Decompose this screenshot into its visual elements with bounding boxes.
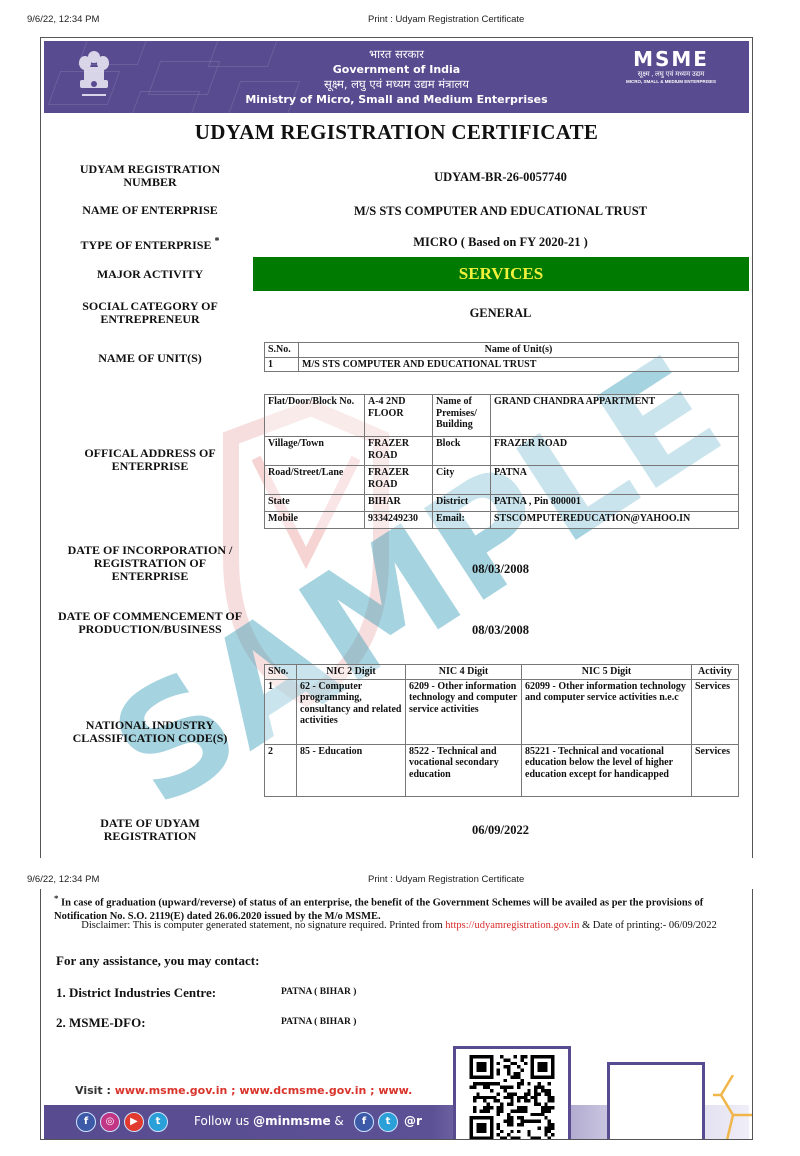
follow-handle[interactable]: @minmsme (253, 1114, 330, 1128)
contact-label-msme-dfo: 2. MSME-DFO: (56, 1015, 146, 1031)
table-row: 1 62 - Computer programming, consultancy… (265, 679, 739, 744)
print-header-page-2: 9/6/22, 12:34 PM Print : Udyam Registrat… (0, 874, 800, 890)
label-address: OFFICAL ADDRESS OF ENTERPRISE (55, 447, 245, 473)
msme-logo-hindi: सूक्ष्म , लघु एवं मध्यम उद्यम (615, 69, 727, 79)
qr-code-icon (464, 1055, 560, 1140)
visit-prefix: Visit : (75, 1084, 115, 1097)
msme-logo-english: MICRO, SMALL & MEDIUM ENTERPRISES (615, 79, 727, 85)
table-row: Road/Street/Lane FRAZER ROAD City PATNA (265, 466, 739, 495)
nic-cell: 6209 - Other information technology and … (406, 679, 522, 744)
label-registration-number: UDYAM REGISTRATION NUMBER (55, 163, 245, 189)
udyam-registration-link[interactable]: https://udyamregistration.gov.in (445, 920, 579, 931)
address-value: STSCOMPUTEREDUCATION@YAHOO.IN (491, 512, 739, 529)
address-value: FRAZER ROAD (365, 437, 433, 466)
msme-logo-word: MSME (615, 49, 727, 69)
follow-handle-2: @r (404, 1114, 422, 1128)
follow-prefix: Follow us (194, 1114, 253, 1128)
hexagon-decoration-icon (713, 1075, 753, 1140)
table-row: State BIHAR District PATNA , Pin 800001 (265, 495, 739, 512)
youtube-icon[interactable]: ▶ (124, 1112, 144, 1132)
nic-cell: 1 (265, 679, 297, 744)
value-incorporation-date: 08/03/2008 (253, 562, 748, 577)
nic-cell: 85221 - Technical and vocational educati… (522, 744, 692, 796)
value-registration-number: UDYAM-BR-26-0057740 (253, 170, 748, 185)
print-datetime: 9/6/22, 12:34 PM (27, 874, 99, 885)
address-value: PATNA , Pin 800001 (491, 495, 739, 512)
qr-code-frame (453, 1046, 571, 1140)
table-row: 1 M/S STS COMPUTER AND EDUCATIONAL TRUST (265, 357, 739, 372)
units-cell: M/S STS COMPUTER AND EDUCATIONAL TRUST (299, 357, 739, 372)
address-value: FRAZER ROAD (365, 466, 433, 495)
nic-cell: 8522 - Technical and vocational secondar… (406, 744, 522, 796)
value-social-category: GENERAL (253, 306, 748, 321)
print-title: Print : Udyam Registration Certificate (368, 14, 524, 25)
label-units: NAME OF UNIT(S) (55, 352, 245, 365)
units-table: S.No. Name of Unit(s) 1 M/S STS COMPUTER… (264, 342, 739, 372)
table-row: 2 85 - Education 8522 - Technical and vo… (265, 744, 739, 796)
address-key: Flat/Door/Block No. (265, 395, 365, 437)
nic-cell: 85 - Education (297, 744, 406, 796)
footnote-text: In case of graduation (upward/reverse) o… (54, 898, 703, 922)
visit-sites[interactable]: www.msme.gov.in ; www.dcmsme.gov.in ; ww… (115, 1084, 413, 1097)
address-key: Road/Street/Lane (265, 466, 365, 495)
nic-cell: Services (692, 744, 739, 796)
address-value: 9334249230 (365, 512, 433, 529)
ministry-banner: भारत सरकार Government of India सूक्ष्म, … (44, 41, 749, 113)
units-header-name: Name of Unit(s) (299, 343, 739, 358)
nic-header: Activity (692, 665, 739, 680)
twitter-icon[interactable]: t (148, 1112, 168, 1132)
footnote: * In case of graduation (upward/reverse)… (54, 892, 744, 923)
address-key: District (433, 495, 491, 512)
label-major-activity: MAJOR ACTIVITY (55, 268, 245, 281)
units-cell: 1 (265, 357, 299, 372)
certificate-title: UDYAM REGISTRATION CERTIFICATE (41, 120, 752, 145)
value-commencement-date: 08/03/2008 (253, 623, 748, 638)
nic-header: SNo. (265, 665, 297, 680)
label-udyam-registration-date: DATE OF UDYAM REGISTRATION (55, 817, 245, 843)
nic-codes-table: SNo. NIC 2 Digit NIC 4 Digit NIC 5 Digit… (264, 664, 739, 797)
banner-ministry: Ministry of Micro, Small and Medium Ente… (44, 92, 749, 107)
nic-cell: 62 - Computer programming, consultancy a… (297, 679, 406, 744)
facebook-icon[interactable]: f (354, 1112, 374, 1132)
value-enterprise-name: M/S STS COMPUTER AND EDUCATIONAL TRUST (253, 204, 748, 219)
address-value: A-4 2ND FLOOR (365, 395, 433, 437)
address-key: Mobile (265, 512, 365, 529)
certificate-page-2: * In case of graduation (upward/reverse)… (40, 889, 753, 1140)
units-header-sno: S.No. (265, 343, 299, 358)
table-row: Flat/Door/Block No. A-4 2ND FLOOR Name o… (265, 395, 739, 437)
address-key: State (265, 495, 365, 512)
asterisk-mark: * (214, 236, 219, 247)
print-title: Print : Udyam Registration Certificate (368, 874, 524, 885)
address-key: Name of Premises/ Building (433, 395, 491, 437)
label-enterprise-name: NAME OF ENTERPRISE (55, 204, 245, 217)
label-social-category: SOCIAL CATEGORY OF ENTREPRENEUR (55, 300, 245, 326)
address-key: Email: (433, 512, 491, 529)
nic-cell: Services (692, 679, 739, 744)
address-key: Block (433, 437, 491, 466)
major-activity-badge: SERVICES (253, 257, 749, 291)
label-incorporation-date: DATE OF INCORPORATION / REGISTRATION OF … (55, 544, 245, 583)
nic-header: NIC 4 Digit (406, 665, 522, 680)
follow-amp: & (331, 1114, 344, 1128)
facebook-icon[interactable]: f (76, 1112, 96, 1132)
address-key: Village/Town (265, 437, 365, 466)
footnote-mark: * (54, 893, 58, 903)
address-value: FRAZER ROAD (491, 437, 739, 466)
address-value: GRAND CHANDRA APPARTMENT (491, 395, 739, 437)
address-value: PATNA (491, 466, 739, 495)
assistance-heading: For any assistance, you may contact: (56, 953, 259, 969)
nic-cell: 2 (265, 744, 297, 796)
twitter-icon[interactable]: t (378, 1112, 398, 1132)
disclaimer: Disclaimer: This is computer generated s… (54, 919, 744, 932)
msme-logo: MSME सूक्ष्म , लघु एवं मध्यम उद्यम MICRO… (615, 49, 727, 85)
value-enterprise-type: MICRO ( Based on FY 2020-21 ) (253, 235, 748, 250)
blank-placeholder-box (607, 1062, 705, 1140)
disclaimer-prefix: Disclaimer: This is computer generated s… (81, 920, 445, 931)
label-commencement-date: DATE OF COMMENCEMENT OF PRODUCTION/BUSIN… (55, 610, 245, 636)
nic-cell: 62099 - Other information technology and… (522, 679, 692, 744)
label-nic-codes: NATIONAL INDUSTRY CLASSIFICATION CODE(S) (55, 719, 245, 745)
disclaimer-suffix: & Date of printing:- 06/09/2022 (579, 920, 716, 931)
print-header: 9/6/22, 12:34 PM Print : Udyam Registrat… (0, 14, 800, 30)
print-datetime: 9/6/22, 12:34 PM (27, 14, 99, 25)
contact-label-dic: 1. District Industries Centre: (56, 985, 216, 1001)
follow-us-text: Follow us @minmsme & (194, 1114, 344, 1128)
instagram-icon[interactable]: ◎ (100, 1112, 120, 1132)
nic-header: NIC 5 Digit (522, 665, 692, 680)
table-row: Mobile 9334249230 Email: STSCOMPUTEREDUC… (265, 512, 739, 529)
contact-value-msme-dfo: PATNA ( BIHAR ) (281, 1017, 356, 1027)
contact-value-dic: PATNA ( BIHAR ) (281, 987, 356, 997)
nic-header: NIC 2 Digit (297, 665, 406, 680)
table-row: Village/Town FRAZER ROAD Block FRAZER RO… (265, 437, 739, 466)
follow-handle-2-text: @r (404, 1114, 422, 1128)
label-enterprise-type: TYPE OF ENTERPRISE * (55, 235, 245, 252)
label-enterprise-type-text: TYPE OF ENTERPRISE (81, 238, 212, 252)
value-udyam-registration-date: 06/09/2022 (253, 823, 748, 838)
address-key: City (433, 466, 491, 495)
address-table: Flat/Door/Block No. A-4 2ND FLOOR Name o… (264, 394, 739, 529)
certificate-page-1: भारत सरकार Government of India सूक्ष्म, … (40, 37, 753, 858)
address-value: BIHAR (365, 495, 433, 512)
